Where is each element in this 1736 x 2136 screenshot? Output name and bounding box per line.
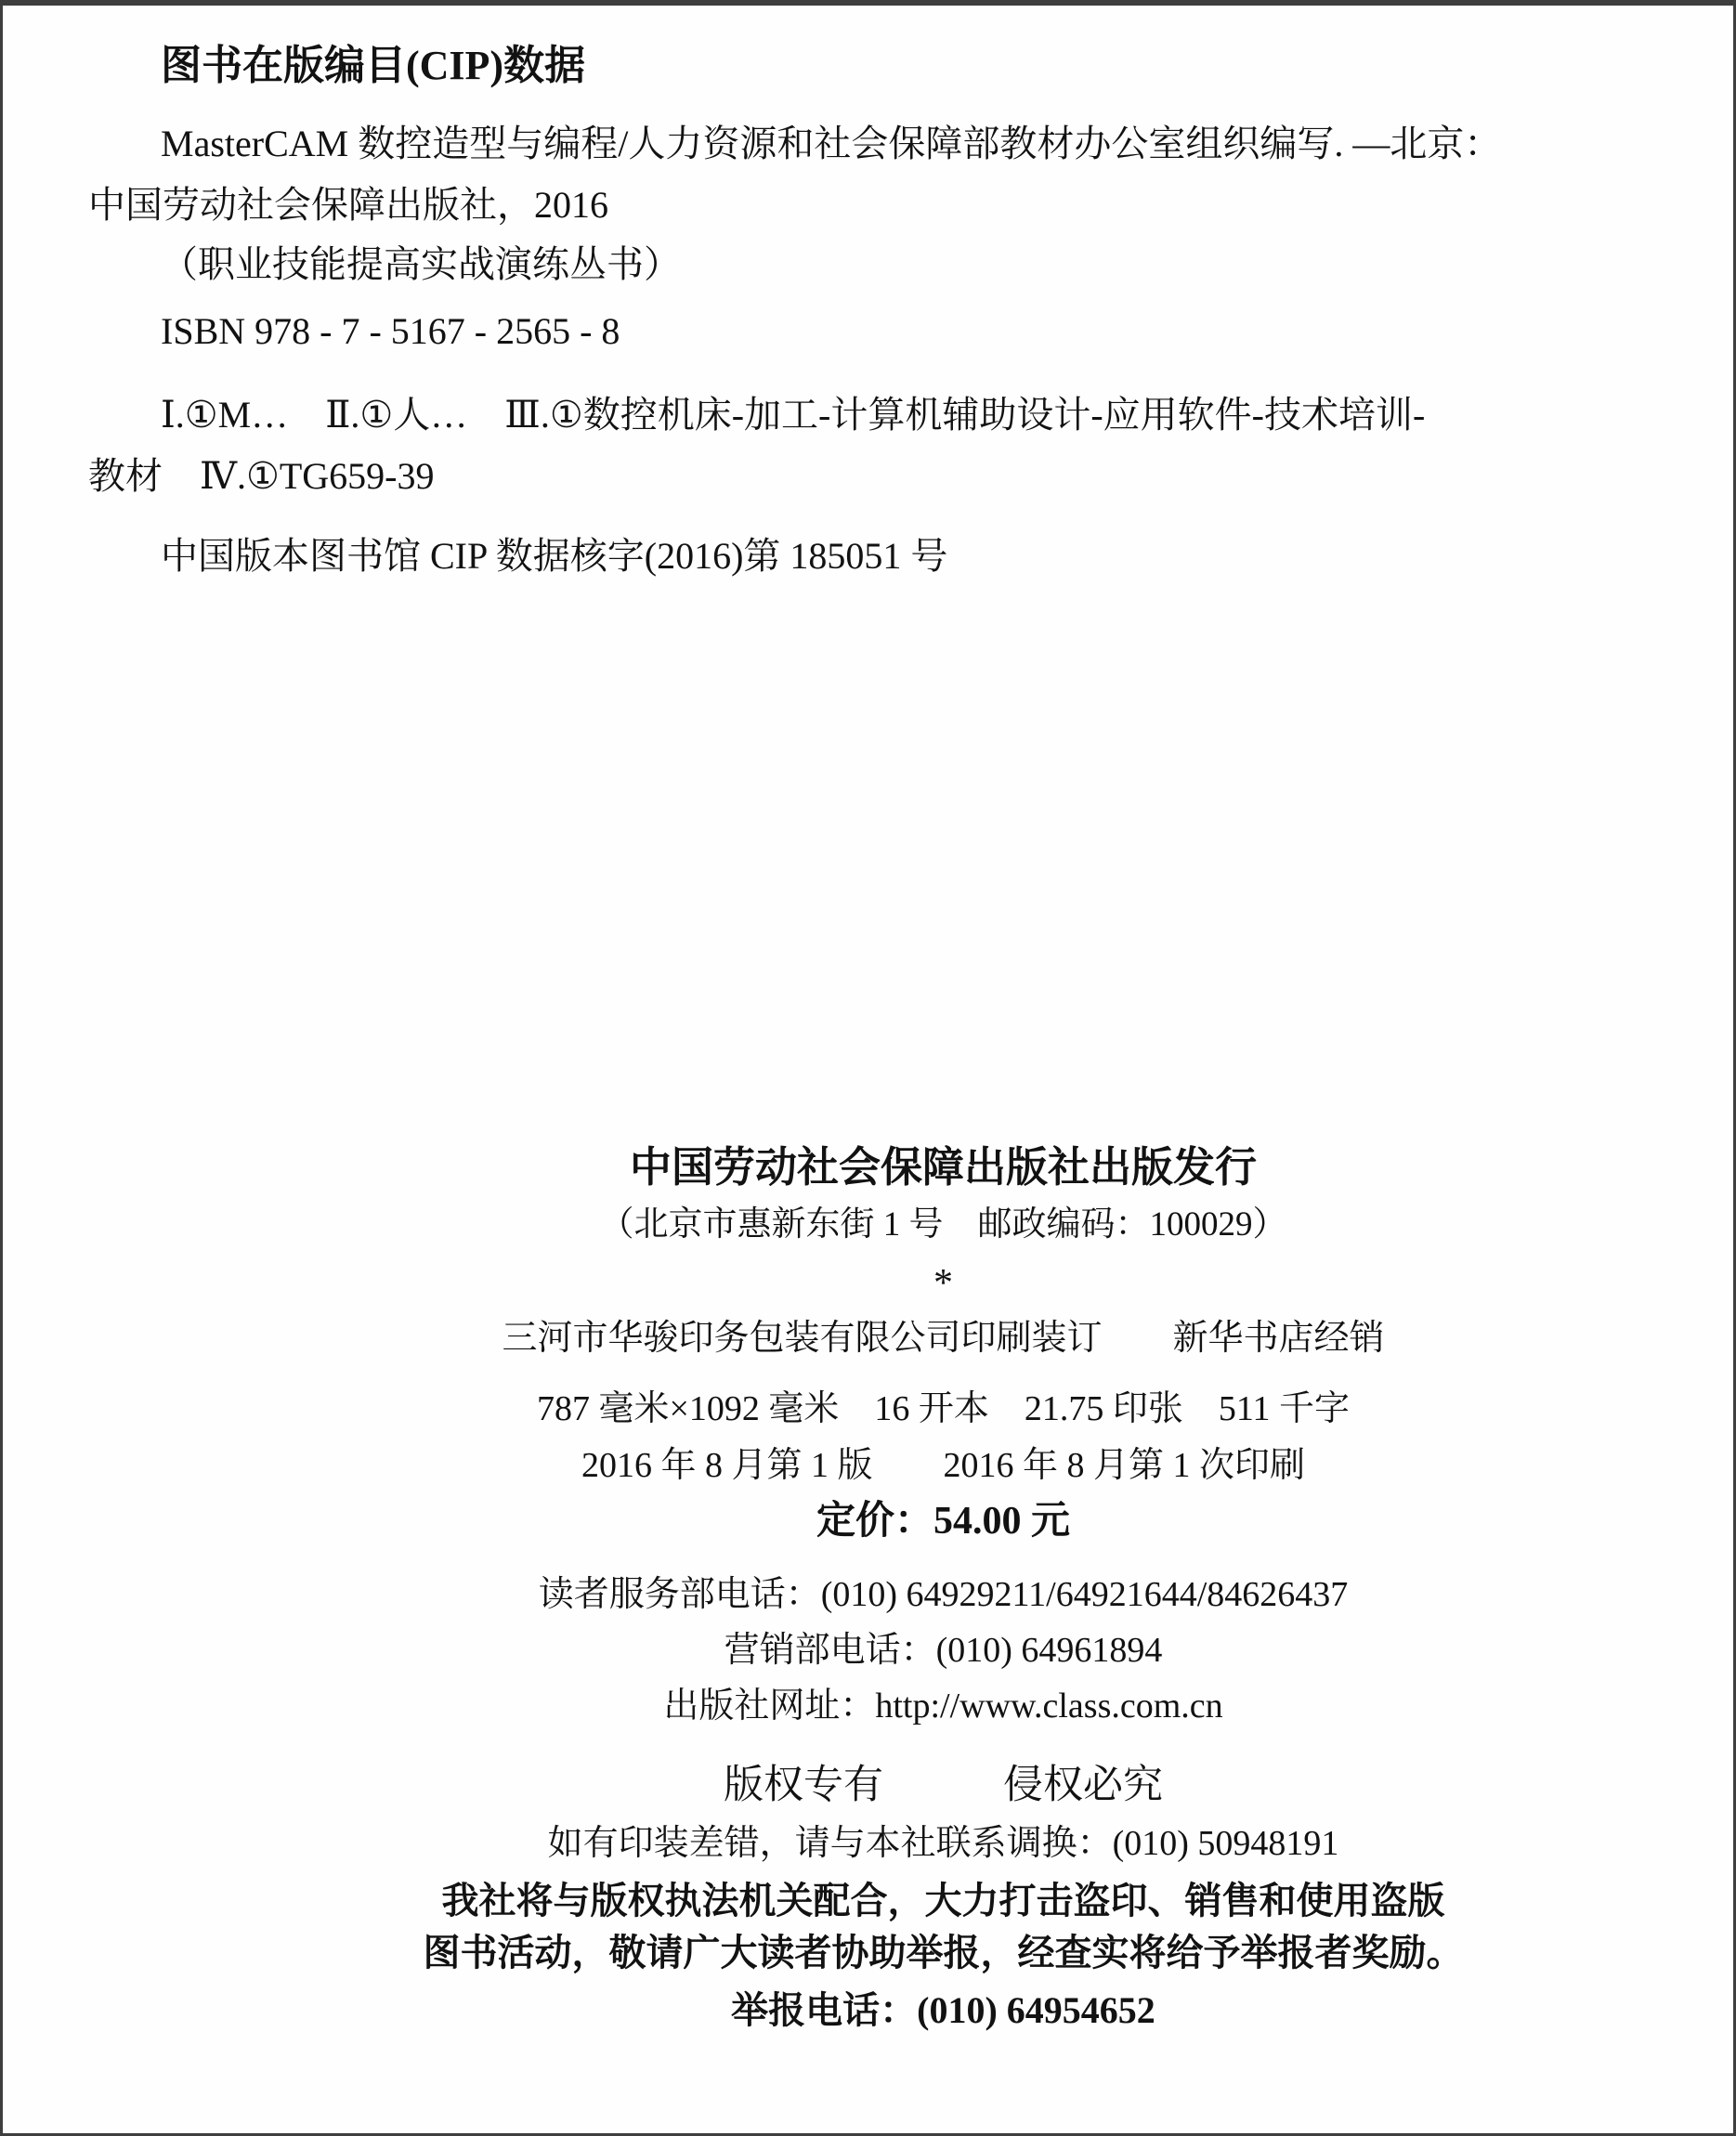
book-copyright-page: 图书在版编目(CIP)数据 MasterCAM 数控造型与编程/人力资源和社会保… (0, 0, 1736, 2136)
marketing-phone: 营销部电话：(010) 64961894 (151, 1631, 1735, 1672)
cip-entry-line-1: MasterCAM 数控造型与编程/人力资源和社会保障部教材办公室组织编写. —… (161, 123, 1501, 165)
copyright-notice: 版权专有 侵权必究 (151, 1763, 1735, 1808)
edition-printing-info: 2016 年 8 月第 1 版 2016 年 8 月第 1 次印刷 (151, 1446, 1735, 1487)
publisher-name: 中国劳动社会保障出版社出版发行 (151, 1144, 1735, 1192)
printer-distributor: 三河市华骏印务包装有限公司印刷装订 新华书店经销 (151, 1319, 1735, 1360)
price: 定价：54.00 元 (151, 1499, 1735, 1543)
anti-piracy-warning-line-1: 我社将与版权执法机关配合，大力打击盗印、销售和使用盗版 (151, 1880, 1735, 1922)
cip-classification-line-1: Ⅰ.①M… Ⅱ.①人… Ⅲ.①数控机床-加工-计算机辅助设计-应用软件-技术培训… (161, 394, 1425, 436)
reader-service-phone: 读者服务部电话：(010) 64929211/64921644/84626437 (151, 1575, 1735, 1616)
publisher-website: 出版社网址：http://www.class.com.cn (151, 1687, 1735, 1727)
cip-classification-line-2: 教材 Ⅳ.①TG659-39 (88, 455, 434, 498)
cip-title: 图书在版编目(CIP)数据 (161, 43, 585, 90)
separator-asterisk: * (151, 1261, 1735, 1306)
publisher-address: （北京市惠新东街 1 号 邮政编码：100029） (151, 1205, 1735, 1245)
book-format-specs: 787 毫米×1092 毫米 16 开本 21.75 印张 511 千字 (151, 1389, 1735, 1430)
cip-series-title: （职业技能提高实战演练丛书） (161, 243, 681, 286)
exchange-info: 如有印装差错，请与本社联系调换：(010) 50948191 (151, 1824, 1735, 1865)
cip-entry-line-2: 中国劳动社会保障出版社，2016 (88, 184, 608, 227)
piracy-report-phone: 举报电话：(010) 64954652 (151, 1989, 1735, 2032)
anti-piracy-warning-line-2: 图书活动，敬请广大读者协助举报，经查实将给予举报者奖励。 (151, 1932, 1735, 1974)
cip-record-number: 中国版本图书馆 CIP 数据核字(2016)第 185051 号 (161, 535, 947, 578)
isbn-number: ISBN 978 - 7 - 5167 - 2565 - 8 (161, 310, 620, 353)
